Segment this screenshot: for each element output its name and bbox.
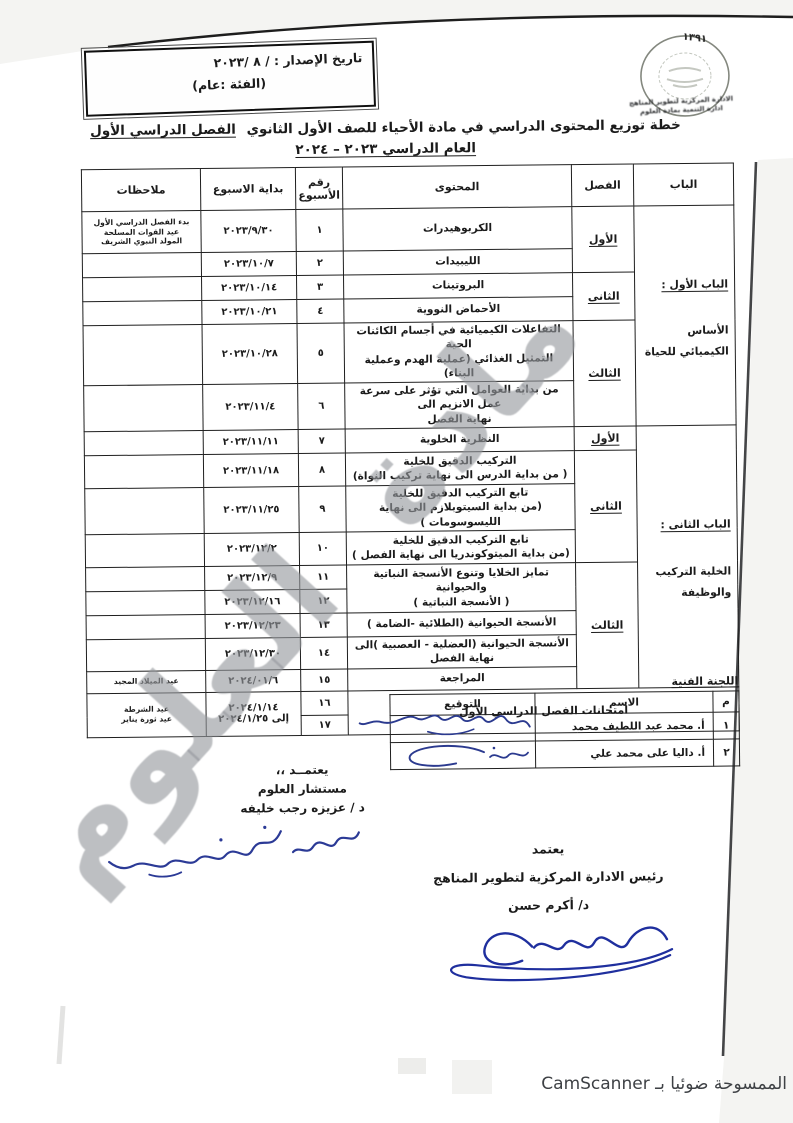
- fasl-cell: الأول: [574, 426, 636, 451]
- signature-member-2: [394, 743, 534, 774]
- committee-member-name: أ. محمد عبد اللطيف محمد: [535, 712, 713, 741]
- document-title: خطة توزيع المحتوى الدراسي في مادة الأحيا…: [55, 117, 715, 161]
- note-cell: عيد الشرطة عيد ثورة يناير: [87, 692, 206, 737]
- note-cell: [84, 431, 203, 456]
- committee-member-num: ٢: [713, 739, 739, 766]
- admin-approval-block: يعتمد رئيس الادارة المركزية لتطوير المنا…: [423, 840, 674, 914]
- advisor-approve-word: يعتمــد ،،: [177, 760, 427, 782]
- curriculum-table: الباب الفصل المحتوى رقم الأسبوع بداية ال…: [81, 162, 740, 737]
- stamp-ring-text: وزارة التربية والتعليم ـ جمهورية مصر الع…: [616, 24, 619, 27]
- week-start-cell: ٢٠٢٣/١١/١٨: [203, 454, 298, 488]
- week-no-cell: ١١: [300, 565, 347, 589]
- bab-2-title: الباب الثانى :: [638, 515, 737, 535]
- note-cell: [84, 385, 203, 432]
- note-cell: [85, 488, 204, 535]
- fasl-cell: الثانى: [574, 450, 637, 563]
- admin-role: رئيس الادارة المركزية لتطوير المناهج: [423, 868, 673, 886]
- week-no-cell: ١: [296, 209, 343, 251]
- week-start-cell: ٢٠٢٣/١٠/٢١: [202, 300, 297, 325]
- week-no-cell: ١٢: [300, 589, 347, 613]
- note-cell: [86, 566, 205, 591]
- admin-name: د/ أكرم حسن: [424, 896, 674, 914]
- issue-category-line: (الفئة :عام): [95, 72, 363, 96]
- fasl-cell: الثانى: [572, 272, 634, 321]
- note-cell: [84, 455, 203, 489]
- note-cell: [85, 533, 204, 567]
- week-start-cell: ٢٠٢٣/١٠/٧: [201, 252, 296, 277]
- bab-2-subtitle: الخلية التركيب والوظيفة: [638, 562, 737, 604]
- bab-1-subtitle: الأساس الكيميائي للحياة: [636, 321, 735, 363]
- week-no-cell: ٣: [296, 275, 343, 299]
- advisor-name: د / عزيزه رجب خليفه: [177, 798, 427, 820]
- signature-admin: [432, 915, 683, 993]
- table-row: الباب الأول : الأساس الكيميائي للحياة ال…: [82, 205, 734, 254]
- content-cell: الليبيدات: [343, 249, 572, 275]
- note-cell: [83, 277, 202, 302]
- week-no-cell: ٧: [298, 429, 345, 453]
- issue-date-line: تاريخ الإصدار : / ٨ /٢٠٢٣: [94, 50, 362, 74]
- signature-advisor: [103, 818, 369, 883]
- week-no-cell: ٨: [298, 453, 345, 486]
- content-cell: التفاعلات الكيميائية في أجسام الكائنات ا…: [344, 321, 574, 384]
- week-start-cell: ٢٠٢٣/١٢/٩: [205, 565, 300, 590]
- week-no-cell: ٤: [297, 299, 344, 323]
- content-cell: تابع التركيب الدقيق للخلية (من بداية الم…: [346, 530, 575, 565]
- note-cell: [86, 614, 205, 639]
- content-cell: الأحماض النووية: [344, 297, 573, 323]
- week-start-cell: ٢٠٢٣/٩/٣٠: [201, 210, 296, 253]
- week-no-cell: ١٠: [299, 532, 346, 565]
- note-cell: [83, 301, 202, 326]
- week-no-cell: ٦: [298, 383, 345, 429]
- content-cell: النظرية الخلوية: [345, 427, 574, 453]
- title-line2: العام الدراسي ٢٠٢٣ – ٢٠٢٤: [56, 138, 716, 161]
- committee-member-name: أ. داليا على محمد علي: [535, 739, 713, 768]
- week-start-cell: ٢٠٢٣/١٢/٢: [204, 532, 299, 566]
- note-cell: [86, 638, 205, 671]
- bab-2-cell: الباب الثانى : الخلية التركيب والوظيفة: [636, 425, 739, 688]
- bab-1-title: الباب الأول :: [635, 274, 734, 294]
- week-start-cell: ٢٠٢٤/٠١/٦: [206, 669, 301, 692]
- week-start-cell: ٢٠٢٣/١٠/١٤: [202, 276, 297, 301]
- note-cell: بدء الفصل الدراسي الأول عيد القوات المسل…: [82, 211, 201, 254]
- col-header-bab: الباب: [633, 163, 733, 206]
- table-header-row: الباب الفصل المحتوى رقم الأسبوع بداية ال…: [81, 163, 733, 212]
- issue-date-box: تاريخ الإصدار : / ٨ /٢٠٢٣ (الفئة :عام): [84, 41, 376, 117]
- title-line1: خطة توزيع المحتوى الدراسي في مادة الأحيا…: [246, 117, 680, 138]
- week-start-cell: ٢٠٢٣/١١/٤: [203, 384, 298, 431]
- fasl-cell: الثالث: [573, 320, 636, 427]
- fasl-cell: الأول: [572, 206, 635, 273]
- note-cell: [86, 590, 205, 615]
- week-start-cell: ٢٠٢٣/١٢/٣٠: [205, 637, 300, 670]
- week-no-cell: ٩: [299, 486, 346, 532]
- week-start-cell: ٢٠٢٣/١٠/٢٨: [202, 324, 298, 385]
- week-no-cell: ١٧: [301, 715, 348, 735]
- advisor-role: مستشار العلوم: [177, 779, 427, 801]
- content-cell: الأنسجة الحيوانية (العضلية - العصبية )ال…: [347, 635, 576, 669]
- week-no-cell: ١٤: [300, 637, 347, 669]
- week-no-cell: ١٥: [301, 669, 348, 691]
- note-cell: عيد الميلاد المجيد: [87, 670, 206, 693]
- col-header-notes: ملاحظات: [81, 169, 200, 212]
- week-no-cell: ١٣: [300, 613, 347, 637]
- title-line1-underlined: الفصل الدراسي الأول: [90, 122, 236, 140]
- scanned-page: تاريخ الإصدار : / ٨ /٢٠٢٣ (الفئة :عام) و…: [0, 0, 793, 1123]
- week-start-cell: ٢٠٢٣/١١/١١: [203, 430, 298, 455]
- committee-col-num: م: [713, 691, 739, 712]
- content-cell: الأنسجة الحيوانية (الطلائية -الضامة ): [347, 611, 576, 637]
- col-header-fasl: الفصل: [571, 164, 633, 207]
- content-cell: من بداية العوامل التي تؤثر على سرعة عمل …: [345, 381, 574, 429]
- bab-1-cell: الباب الأول : الأساس الكيميائي للحياة: [634, 205, 736, 426]
- week-start-cell: ٢٠٢٤/١/١٤ إلى ٢٠٢٤/١/٢٥: [206, 691, 301, 736]
- content-cell: البروتينات: [343, 273, 572, 299]
- content-cell: التركيب الدقيق للخلية ( من بداية الدرس ا…: [345, 451, 574, 486]
- week-no-cell: ٢: [296, 251, 343, 275]
- committee-title: اللجنة الفنية: [601, 674, 738, 688]
- note-cell: [83, 325, 203, 386]
- note-cell: [82, 253, 201, 278]
- content-cell: المراجعة: [348, 666, 577, 690]
- col-header-content: المحتوى: [342, 165, 571, 209]
- week-no-cell: ١٦: [301, 691, 348, 715]
- committee-col-name: الاسم: [535, 691, 713, 714]
- week-start-cell: ٢٠٢٣/١٢/٢٣: [205, 613, 300, 638]
- committee-member-num: ١: [713, 712, 739, 739]
- signature-member-1: [358, 705, 538, 743]
- content-cell: تابع التركيب الدقيق للخلية (من بداية الس…: [346, 484, 575, 532]
- camscanner-note: الممسوحة ضوئيا بـ CamScanner: [541, 1074, 787, 1094]
- fasl-cell: الثالث: [576, 562, 639, 688]
- admin-approve-word: يعتمد: [423, 840, 673, 858]
- col-header-week-start: بداية الاسبوع: [200, 168, 295, 211]
- advisor-approval-block: يعتمــد ،، مستشار العلوم د / عزيزه رجب خ…: [177, 760, 428, 820]
- week-start-cell: ٢٠٢٣/١٢/١٦: [205, 589, 300, 614]
- content-cell: تمايز الخلايا وتنوع الأنسجة النباتية وال…: [347, 563, 576, 613]
- content-cell: الكربوهيدرات: [343, 207, 572, 251]
- col-header-week-no: رقم الأسبوع: [295, 167, 342, 209]
- week-start-cell: ٢٠٢٣/١١/٢٥: [204, 487, 299, 534]
- week-no-cell: ٥: [297, 323, 345, 384]
